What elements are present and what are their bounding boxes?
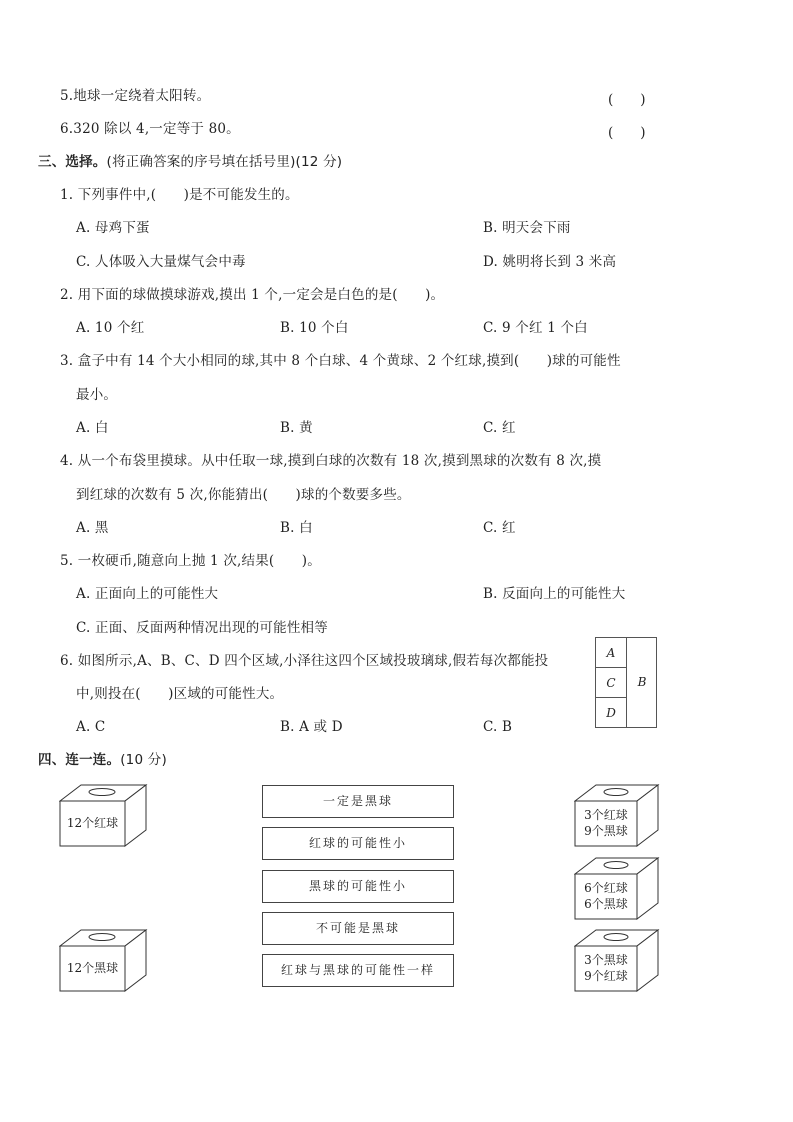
answer-blank-6[interactable]: ( ): [608, 121, 646, 141]
section-note: (10 分): [120, 752, 167, 768]
q4-option-a: A. 黑: [76, 520, 109, 536]
box-label: 12个红球: [60, 815, 125, 831]
q3-stem-line2: 最小。: [76, 387, 117, 403]
q1-option-b: B. 明天会下雨: [483, 220, 571, 236]
section-title: 三、选择。: [38, 154, 107, 170]
q2-option-c: C. 9 个红 1 个白: [483, 320, 588, 336]
q3-option-b: B. 黄: [280, 420, 313, 436]
q1-option-d: D. 姚明将长到 3 米高: [483, 254, 616, 270]
q4-stem-line2: 到红球的次数有 5 次,你能猜出( )球的个数要多些。: [76, 487, 411, 503]
region-a: A: [596, 638, 627, 668]
q2-stem: 2. 用下面的球做摸球游戏,摸出 1 个,一定会是白色的是( )。: [60, 287, 444, 303]
q3-stem-line1: 3. 盒子中有 14 个大小相同的球,其中 8 个白球、4 个黄球、2 个红球,…: [60, 353, 621, 369]
box-label-line1: 3个黑球: [575, 952, 637, 968]
left-box-red[interactable]: 12个红球: [59, 784, 147, 848]
box-label-line2: 6个黑球: [575, 896, 637, 912]
right-box-1[interactable]: 3个红球 9个黑球: [574, 784, 662, 848]
q4-option-b: B. 白: [280, 520, 313, 536]
section3-heading: 三、选择。(将正确答案的序号填在括号里)(12 分): [38, 154, 342, 170]
q2-option-a: A. 10 个红: [76, 320, 144, 336]
item-number: 6.: [60, 121, 73, 137]
box-label: 6个红球 6个黑球: [575, 880, 637, 912]
right-box-3[interactable]: 3个黑球 9个红球: [574, 929, 662, 993]
box-label-line2: 9个黑球: [575, 823, 637, 839]
q1-stem: 1. 下列事件中,( )是不可能发生的。: [60, 187, 299, 203]
q5-option-b: B. 反面向上的可能性大: [483, 586, 625, 602]
match-option-1[interactable]: 一定是黑球: [262, 785, 454, 818]
region-d: D: [596, 698, 627, 727]
q6-option-a: A. C: [76, 719, 105, 735]
q6-option-b: B. A 或 D: [280, 719, 343, 735]
box-label-line1: 6个红球: [575, 880, 637, 896]
q5-option-c: C. 正面、反面两种情况出现的可能性相等: [76, 620, 328, 636]
section-title: 四、连一连。: [38, 752, 120, 768]
region-c: C: [596, 668, 627, 698]
box-label-line1: 3个红球: [575, 807, 637, 823]
q3-option-c: C. 红: [483, 420, 516, 436]
q6-stem-line2: 中,则投在( )区域的可能性大。: [76, 686, 283, 702]
q6-stem-line1: 6. 如图所示,A、B、C、D 四个区域,小泽往这四个区域投玻璃球,假若每次都能…: [60, 653, 548, 669]
judgement-item-6: 6.320 除以 4,一定等于 80。: [60, 121, 240, 137]
item-text: 320 除以 4,一定等于 80。: [73, 121, 240, 137]
item-text: 地球一定绕着太阳转。: [73, 88, 210, 104]
left-box-black[interactable]: 12个黑球: [59, 929, 147, 993]
section4-heading: 四、连一连。(10 分): [38, 752, 167, 768]
box-label: 12个黑球: [60, 960, 125, 976]
match-option-3[interactable]: 黑球的可能性小: [262, 870, 454, 903]
match-option-4[interactable]: 不可能是黑球: [262, 912, 454, 945]
q5-option-a: A. 正面向上的可能性大: [76, 586, 218, 602]
section-note: (将正确答案的序号填在括号里)(12 分): [107, 154, 343, 170]
region-b: B: [627, 638, 657, 727]
box-label-line2: 9个红球: [575, 968, 637, 984]
box-label: 3个黑球 9个红球: [575, 952, 637, 984]
q4-stem-line1: 4. 从一个布袋里摸球。从中任取一球,摸到白球的次数有 18 次,摸到黑球的次数…: [60, 453, 601, 469]
q4-option-c: C. 红: [483, 520, 516, 536]
match-option-5[interactable]: 红球与黑球的可能性一样: [262, 954, 454, 987]
q1-option-c: C. 人体吸入大量煤气会中毒: [76, 254, 246, 270]
match-option-2[interactable]: 红球的可能性小: [262, 827, 454, 860]
item-number: 5.: [60, 88, 73, 104]
right-box-2[interactable]: 6个红球 6个黑球: [574, 857, 662, 921]
q3-option-a: A. 白: [76, 420, 109, 436]
q5-stem: 5. 一枚硬币,随意向上抛 1 次,结果( )。: [60, 553, 321, 569]
region-diagram: A C D B: [595, 637, 657, 728]
box-label: 3个红球 9个黑球: [575, 807, 637, 839]
q6-option-c: C. B: [483, 719, 512, 735]
judgement-item-5: 5.地球一定绕着太阳转。: [60, 88, 210, 104]
q1-option-a: A. 母鸡下蛋: [76, 220, 150, 236]
answer-blank-5[interactable]: ( ): [608, 88, 646, 108]
q2-option-b: B. 10 个白: [280, 320, 349, 336]
